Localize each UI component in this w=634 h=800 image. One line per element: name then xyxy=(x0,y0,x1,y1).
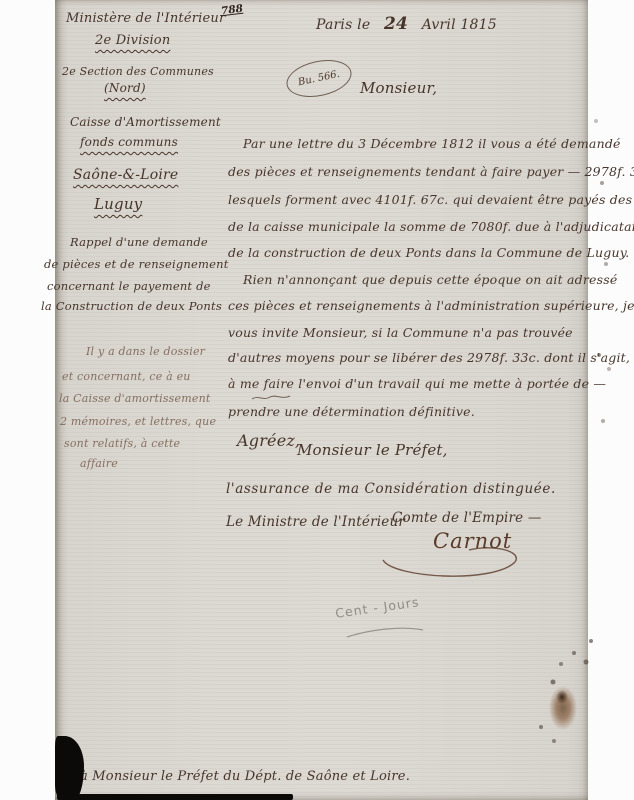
dateline: Paris le 24 Avril 1815 xyxy=(316,15,497,34)
letterhead-fonds: fonds communs xyxy=(80,136,178,149)
minister-rank: Comte de l'Empire — xyxy=(392,511,542,526)
margin-note-line: et concernant, ce à eu xyxy=(62,371,191,383)
letterhead-bureau: (Nord) xyxy=(104,82,146,95)
salutation: Monsieur, xyxy=(360,80,437,97)
body-line: vous invite Monsieur, si la Commune n'a … xyxy=(228,326,573,340)
closing-assurance: l'assurance de ma Considération distingu… xyxy=(226,482,556,497)
pencil-underline xyxy=(345,624,427,640)
stamp-number: Bu. 566. xyxy=(297,69,341,89)
margin-note-line: affaire xyxy=(80,458,118,470)
body-line: Par une lettre du 3 Décembre 1812 il vou… xyxy=(243,137,621,151)
body-line: Rien n'annonçant que depuis cette époque… xyxy=(243,273,617,287)
margin-summary-line: concernant le payement de xyxy=(47,280,211,293)
body-line: prendre une détermination définitive. xyxy=(228,405,475,419)
body-line: de la construction de deux Ponts dans la… xyxy=(228,246,629,260)
closing-agreez: Agréez, xyxy=(237,432,300,450)
margin-summary-line: la Construction de deux Ponts xyxy=(41,300,222,313)
dateline-day: 24 xyxy=(384,14,408,34)
body-line: lesquels forment avec 4101f. 67c. qui de… xyxy=(228,193,634,207)
margin-summary-line: Rappel d'une demande xyxy=(70,236,208,249)
photo-bottom-blotch xyxy=(57,794,293,800)
interlinear-insertion-mark xyxy=(250,393,292,403)
margin-note-line: Il y a dans le dossier xyxy=(86,346,205,358)
body-line: à me faire l'envoi d'un travail qui me m… xyxy=(228,377,606,391)
letterhead-division: 2e Division xyxy=(95,34,170,48)
margin-note-line: la Caisse d'amortissement xyxy=(59,393,210,405)
paper-stain-core xyxy=(556,690,568,704)
margin-commune: Luguy xyxy=(94,196,142,213)
minister-title: Le Ministre de l'Intérieur xyxy=(226,515,405,530)
document-photo: Ministère de l'Intérieur 2e Division 788… xyxy=(0,0,634,800)
body-line: ces pièces et renseignements à l'adminis… xyxy=(228,299,634,313)
body-line: des pièces et renseignements tendant à f… xyxy=(228,165,634,179)
footer-address: à Monsieur le Préfet du Dépt. de Saône e… xyxy=(80,770,410,784)
letterhead-caisse: Caisse d'Amortissement xyxy=(70,116,221,129)
margin-note-line: 2 mémoires, et lettres, que xyxy=(60,416,216,428)
letterhead-section: 2e Section des Communes xyxy=(62,66,214,78)
margin-department: Saône-&-Loire xyxy=(73,168,178,183)
body-line: de la caisse municipale la somme de 7080… xyxy=(228,220,634,234)
dateline-prefix: Paris le xyxy=(316,17,370,33)
closing-prefet: Monsieur le Préfet, xyxy=(297,442,448,459)
letterhead-ministry: Ministère de l'Intérieur xyxy=(66,12,225,26)
body-line: d'autres moyens pour se libérer des 2978… xyxy=(228,351,630,365)
dateline-suffix: Avril 1815 xyxy=(422,17,497,33)
margin-note-line: sont relatifs, à cette xyxy=(64,438,180,450)
margin-summary-line: de pièces et de renseignement xyxy=(44,258,229,271)
ink-specks xyxy=(0,0,2,2)
signature-flourish xyxy=(375,540,525,586)
